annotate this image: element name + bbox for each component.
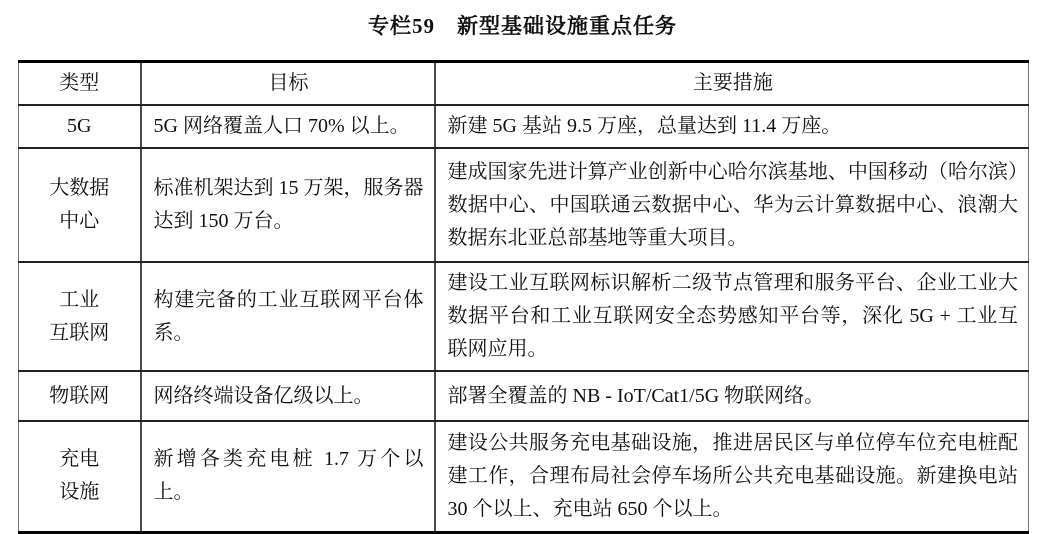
cell-type: 充电 设施 <box>19 421 141 532</box>
document-page: 专栏59 新型基础设施重点任务 类型 目标 主要措施 5G 5G 网络覆盖人口 … <box>0 0 1045 534</box>
table-header-row: 类型 目标 主要措施 <box>19 62 1029 106</box>
cell-goal: 5G 网络覆盖人口 70% 以上。 <box>141 105 435 148</box>
header-type: 类型 <box>19 62 141 106</box>
table-row-charging-facilities: 充电 设施 新增各类充电桩 1.7 万个以上。 建设公共服务充电基础设施，推进居… <box>19 421 1029 532</box>
cell-measures: 部署全覆盖的 NB - IoT/Cat1/5G 物联网络。 <box>435 371 1029 421</box>
cell-goal: 构建完备的工业互联网平台体系。 <box>141 262 435 371</box>
header-measures: 主要措施 <box>435 62 1029 106</box>
header-goal: 目标 <box>141 62 435 106</box>
cell-goal: 网络终端设备亿级以上。 <box>141 371 435 421</box>
cell-measures: 新建 5G 基站 9.5 万座，总量达到 11.4 万座。 <box>435 105 1029 148</box>
cell-measures: 建设工业互联网标识解析二级节点管理和服务平台、企业工业大数据平台和工业互联网安全… <box>435 262 1029 371</box>
table-caption: 专栏59 新型基础设施重点任务 <box>0 10 1045 40</box>
table-row-bigdata-center: 大数据 中心 标准机架达到 15 万架，服务器达到 150 万台。 建成国家先进… <box>19 148 1029 262</box>
cell-type: 大数据 中心 <box>19 148 141 262</box>
cell-goal: 标准机架达到 15 万架，服务器达到 150 万台。 <box>141 148 435 262</box>
cell-measures: 建成国家先进计算产业创新中心哈尔滨基地、中国移动（哈尔滨）数据中心、中国联通云数… <box>435 148 1029 262</box>
table-row-industrial-internet: 工业 互联网 构建完备的工业互联网平台体系。 建设工业互联网标识解析二级节点管理… <box>19 262 1029 371</box>
cell-type: 5G <box>19 105 141 148</box>
table-row-5g: 5G 5G 网络覆盖人口 70% 以上。 新建 5G 基站 9.5 万座，总量达… <box>19 105 1029 148</box>
cell-goal: 新增各类充电桩 1.7 万个以上。 <box>141 421 435 532</box>
infrastructure-task-table: 类型 目标 主要措施 5G 5G 网络覆盖人口 70% 以上。 新建 5G 基站… <box>18 60 1029 534</box>
cell-type: 物联网 <box>19 371 141 421</box>
cell-type: 工业 互联网 <box>19 262 141 371</box>
cell-measures: 建设公共服务充电基础设施，推进居民区与单位停车位充电桩配建工作，合理布局社会停车… <box>435 421 1029 532</box>
table-row-iot: 物联网 网络终端设备亿级以上。 部署全覆盖的 NB - IoT/Cat1/5G … <box>19 371 1029 421</box>
